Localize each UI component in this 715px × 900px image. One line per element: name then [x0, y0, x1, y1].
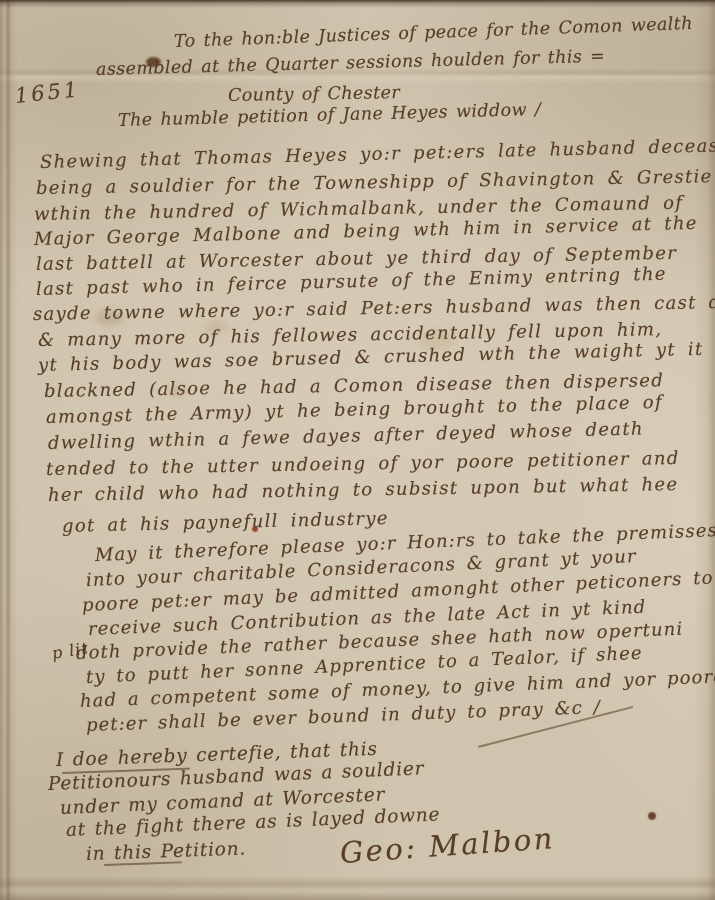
year-annotation: 1651 [14, 77, 82, 108]
body-line: her child who had nothing to subsist upo… [48, 474, 679, 506]
signature-geo-malbon: Geo: Malbon [339, 821, 556, 870]
heading-line: The humble petition of Jane Heyes widdow… [118, 100, 542, 131]
ink-blot [146, 57, 161, 67]
red-ink-dot [252, 526, 258, 532]
paper-stain [205, 320, 227, 334]
paper-stain [420, 330, 454, 350]
body-line: got at his paynefull industrye [62, 508, 389, 537]
paper-stain [95, 310, 123, 326]
heading-line: To the hon:ble Justices of peace for the… [174, 14, 694, 52]
paper-stain [168, 385, 186, 397]
heading-line: County of Chester [228, 83, 400, 106]
heading-line: assembled at the Quarter sessions houlde… [96, 47, 606, 80]
ink-dot [648, 812, 656, 820]
manuscript-page: 1651 p lit To the hon:ble Justices of pe… [0, 0, 715, 900]
